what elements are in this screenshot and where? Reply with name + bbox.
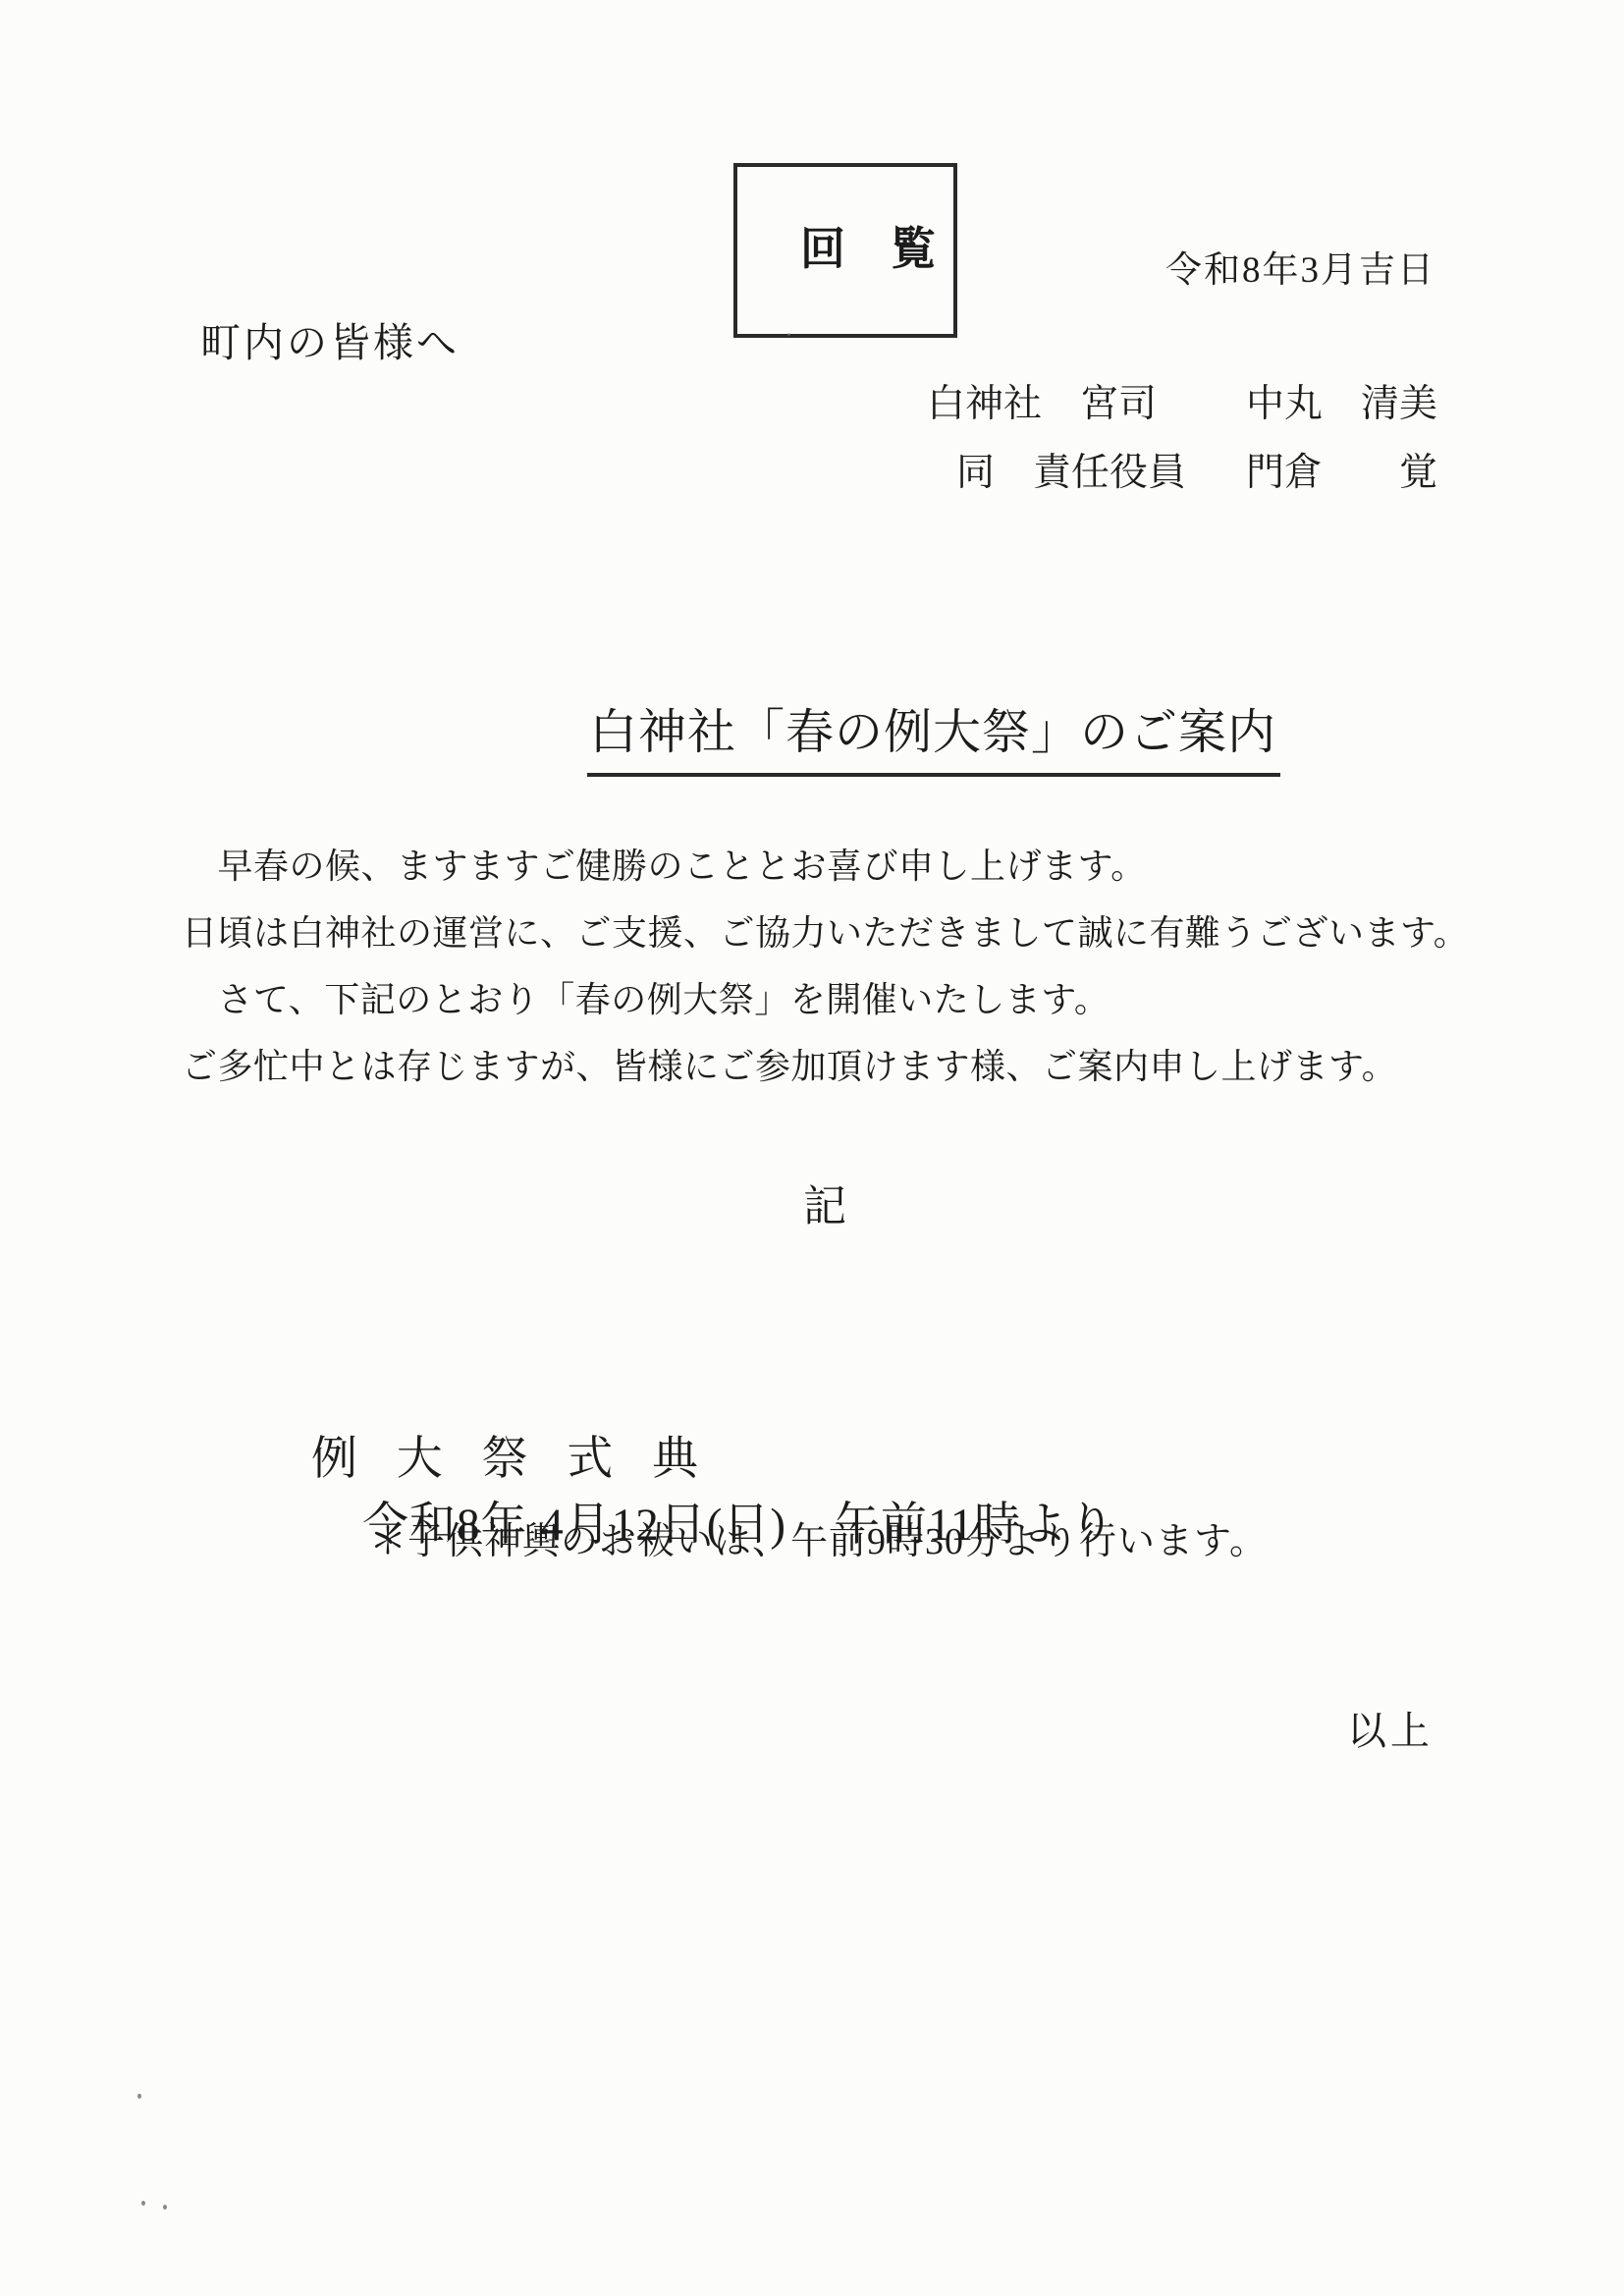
scanned-notice-page: 回 覧 令和8年3月吉日 町内の皆様へ 白神社 宮司 中丸 清美 同 責任役員 … (0, 0, 1624, 2296)
body-paragraph: 早春の候、ますますご健勝のこととお喜び申し上げます。 日頃は白神社の運営に、ご支… (182, 833, 1517, 1100)
scan-speck (787, 333, 790, 336)
circulation-stamp-box: 回 覧 (733, 163, 957, 338)
sender-line-priest: 白神社 宮司 中丸 清美 (927, 373, 1437, 428)
sender-line-officer: 同 責任役員 門倉 覚 (956, 442, 1437, 497)
body-line-announcement: さて、下記のとおり「春の例大祭」を開催いたします。 (182, 966, 1517, 1033)
body-line-greeting: 早春の候、ますますご健勝のこととお喜び申し上げます。 (182, 833, 1517, 900)
sender-role: 白神社 宮司 (927, 373, 1157, 428)
addressee-line: 町内の皆様へ (200, 310, 460, 368)
scan-speck (137, 2094, 141, 2099)
children-mikoshi-note: ＊子供神輿のお祓いは、午前9時30分より行います。 (369, 1510, 1268, 1564)
sender-role: 同 責任役員 (956, 442, 1186, 497)
sender-name: 中丸 清美 (1246, 373, 1437, 428)
scan-speck (163, 2205, 167, 2210)
body-line-invitation: ご多忙中とは存じますが、皆様にご参加頂けます様、ご案内申し上げます。 (182, 1033, 1517, 1100)
notice-title: 白神社「春の例大祭」のご案内 (535, 638, 1280, 833)
body-line-thanks: 日頃は白神社の運営に、ご支援、ご協力いただきまして誠に有難うございます。 (182, 900, 1517, 966)
circulation-stamp-label: 回 覧 (800, 224, 936, 274)
document-date: 令和8年3月吉日 (1165, 240, 1435, 293)
sender-name: 門倉 覚 (1246, 442, 1437, 497)
notice-title-text: 白神社「春の例大祭」のご案内 (587, 694, 1280, 777)
closing-ijou: 以上 (1347, 1700, 1434, 1756)
scan-speck (141, 2201, 145, 2206)
event-name: 例 大 祭 式 典 (311, 1434, 712, 1485)
event-schedule-line: 例 大 祭 式 典 令和8年 4月12日(日) 午前11時より (265, 1369, 1115, 1607)
ki-record-marker: 記 (803, 1171, 846, 1233)
